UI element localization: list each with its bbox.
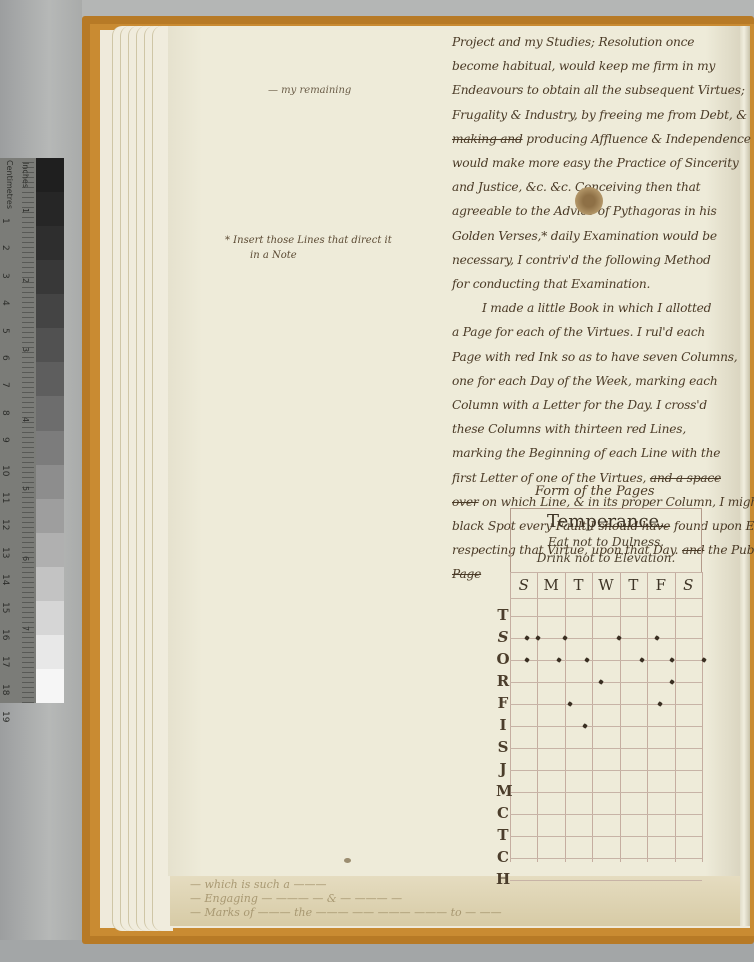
grid-row-line [510,880,702,881]
text-line: marking the Beginning of each Line with … [452,441,744,465]
fault-mark [657,701,663,707]
ruler-cm-number: 18 [0,684,10,695]
day-column-header: S [510,572,537,598]
fault-mark [563,635,569,641]
text-line: one for each Day of the Week, marking ea… [452,369,744,393]
ruler-cm-number: 9 [0,437,10,443]
virtue-row-label: F [496,694,510,712]
grid-row-line [510,792,702,793]
day-column-header: W [592,572,619,598]
ruler-cm-number: 14 [0,574,10,585]
fold-text-line: — which is such a ——— [190,878,326,891]
text-line: Project and my Studies; Resolution once [452,30,744,54]
fault-mark [582,723,588,729]
ruler-cm-number: 11 [0,492,10,503]
folded-page-bottom: — which is such a ——— — Engaging — ——— —… [170,876,740,926]
ink-spot [344,858,351,863]
ruler-cm-number: 7 [0,382,10,388]
fault-mark [585,657,591,663]
virtue-row-label: J [496,760,510,778]
greyscale-step [36,499,64,533]
virtue-row-label: S [496,628,510,646]
ruler-cm-number: 16 [0,629,10,640]
virtue-chart-grid: SMTWTFSTSORFISJMCTCH [510,572,702,862]
ruler-cm-number: 17 [0,656,10,667]
fault-mark [655,635,661,641]
day-column-header: M [537,572,564,598]
greyscale-step [36,431,64,465]
text-line: Frugality & Industry, by freeing me from… [452,103,744,127]
ruler-cm-number: 12 [0,519,10,530]
day-column-header: F [647,572,674,598]
grid-row-line [510,748,702,749]
ruler-cm-number: 19 [0,711,10,722]
greyscale-step [36,294,64,328]
ruler-cm-number: 13 [0,547,10,558]
virtue-row-label: C [496,804,510,822]
day-column-header: T [620,572,647,598]
ruler-cm-number: 2 [0,245,10,251]
greyscale-step [36,465,64,499]
day-column-header: T [565,572,592,598]
grid-row-line [510,858,702,859]
text-line: Golden Verses,* daily Examination would … [452,224,744,248]
chart-title: Temperance. [511,511,701,532]
text-line: Column with a Letter for the Day. I cros… [452,393,744,417]
grid-row-line [510,598,702,599]
grid-column-line [702,572,703,862]
chart-subtitle-line: Drink not to Elevation. [511,551,701,565]
ruler-cm-number: 6 [0,355,10,361]
grid-row-line [510,770,702,771]
virtue-row-label: H [496,870,510,888]
ruler-cm-number: 4 [0,300,10,306]
grid-row-line [510,616,702,617]
fault-mark [556,657,562,663]
greyscale-step [36,601,64,635]
grid-row-line [510,836,702,837]
form-caption: Form of the Pages [535,484,655,499]
greyscale-step [36,192,64,226]
fault-mark [567,701,573,707]
margin-note-top: — my remaining [268,85,351,96]
text-line: for conducting that Examination. [452,272,744,296]
greyscale-step [36,635,64,669]
fold-text-line: — Engaging — ——— — & — ——— — [190,892,402,905]
text-line: Endeavours to obtain all the subsequent … [452,78,744,102]
text-line: these Columns with thirteen red Lines, [452,417,744,441]
main-text-block: Project and my Studies; Resolution onceb… [452,30,744,587]
text-line: necessary, I contriv'd the following Met… [452,248,744,272]
fault-mark [598,679,604,685]
ink-blot-stain [575,187,603,215]
virtue-row-label: T [496,826,510,844]
day-column-header: S [675,572,702,598]
chart-title-box: Temperance. Eat not to Dulness. Drink no… [510,508,702,573]
fault-mark [524,635,530,641]
margin-note: * Insert those Lines that direct it in a… [225,233,392,263]
ruler-cm-number: 5 [0,328,10,334]
margin-note-line: * Insert those Lines that direct it [225,233,392,248]
grid-row-line [510,726,702,727]
greyscale-step [36,567,64,601]
margin-note-line: in a Note [225,248,392,263]
virtue-row-label: T [496,606,510,624]
text-line: I made a little Book in which I allotted [452,296,744,320]
virtue-row-label: O [496,650,510,668]
text-line: become habitual, would keep me firm in m… [452,54,744,78]
grid-row-line [510,704,702,705]
fold-text-line: — Marks of ——— the ——— —— ——— ——— to — —… [190,906,502,919]
fault-mark [639,657,645,663]
page-stack [112,26,172,931]
text-line: a Page for each of the Virtues. I rul'd … [452,320,744,344]
virtue-row-label: M [496,782,510,800]
ruler-cm-number: 3 [0,273,10,279]
greyscale-step [36,260,64,294]
chart-subtitle-line: Eat not to Dulness. [511,535,701,549]
ruler-ticks [22,158,34,703]
ruler-cm-number: 8 [0,410,10,416]
ruler-cm-number: 1 [0,218,10,224]
virtue-row-label: S [496,738,510,756]
ruler-label-cm: Centimetres [5,160,14,209]
greyscale-step [36,396,64,430]
fault-mark [616,635,622,641]
greyscale-card [36,158,64,703]
virtue-row-label: I [496,716,510,734]
greyscale-step [36,226,64,260]
text-line: making and producing Affluence & Indepen… [452,127,744,151]
greyscale-step [36,328,64,362]
greyscale-step [36,158,64,192]
greyscale-step [36,362,64,396]
virtue-row-label: C [496,848,510,866]
greyscale-step [36,533,64,567]
fault-mark [535,635,541,641]
fault-mark [524,657,530,663]
greyscale-step [36,669,64,703]
virtue-row-label: R [496,672,510,690]
text-line: Page with red Ink so as to have seven Co… [452,345,744,369]
text-line: would make more easy the Practice of Sin… [452,151,744,175]
ruler-cm-number: 15 [0,602,10,613]
ruler-cm-number: 10 [0,465,10,476]
grid-row-line [510,814,702,815]
